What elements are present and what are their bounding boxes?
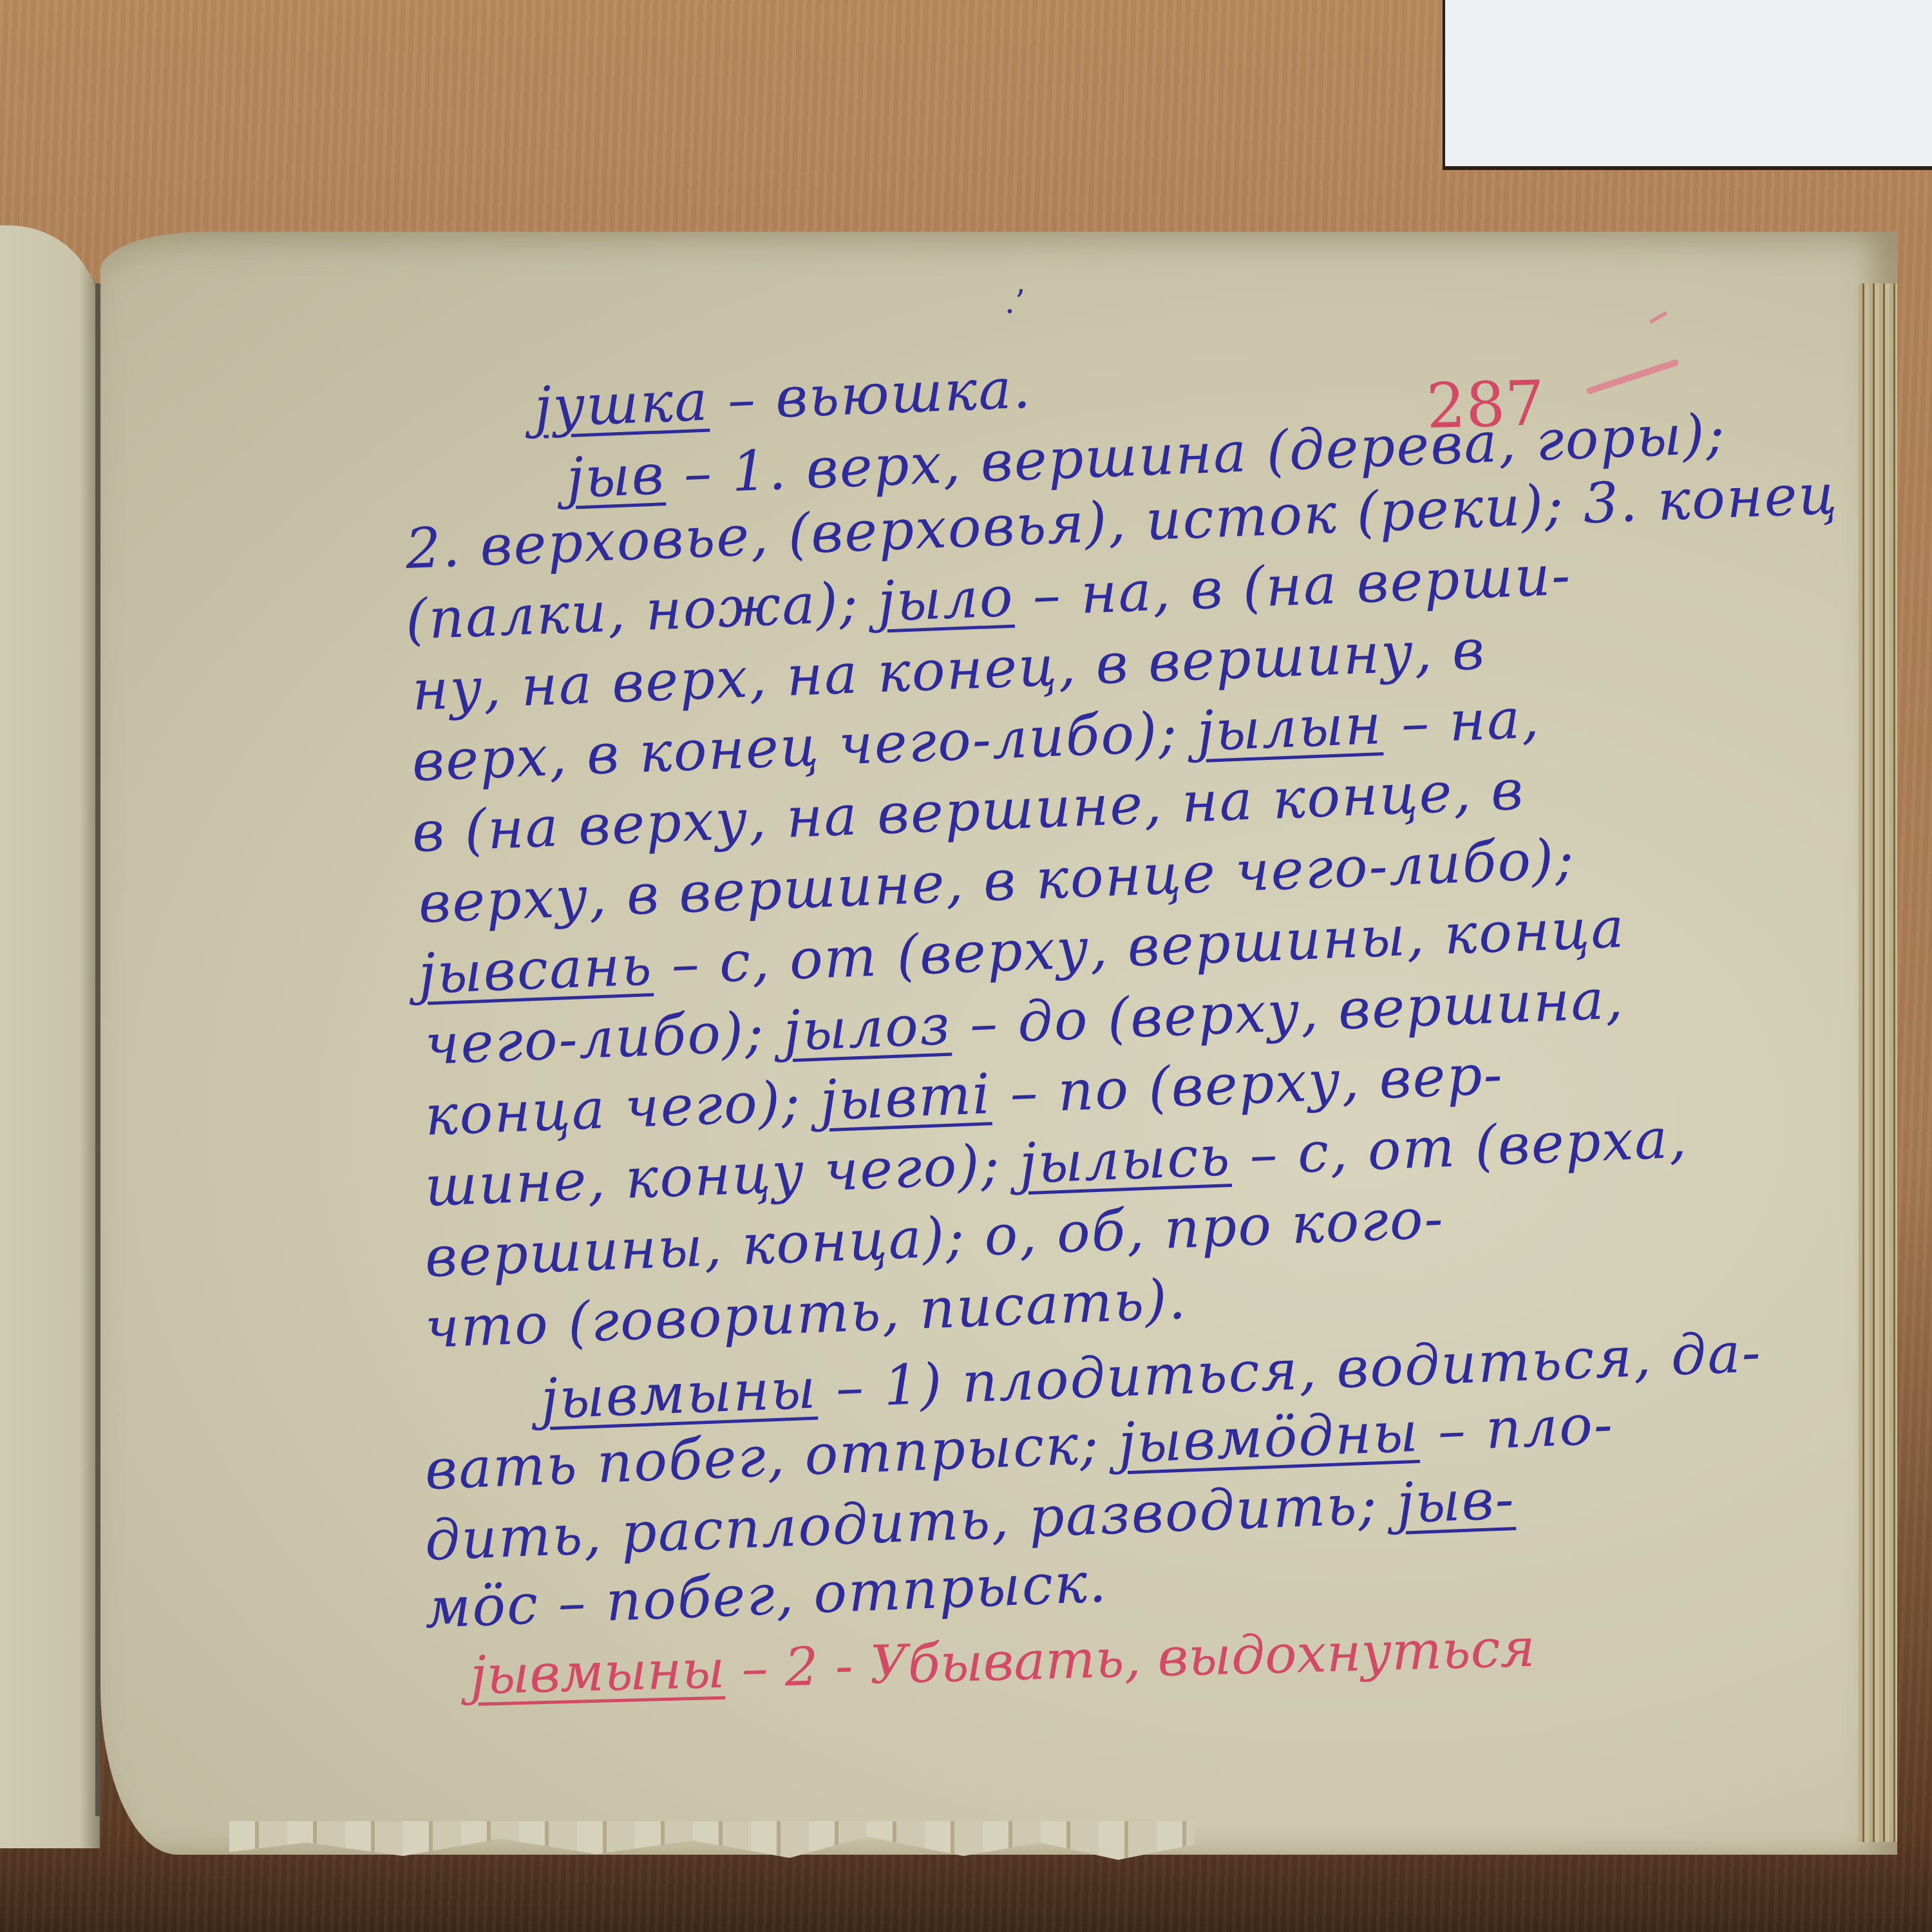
white-paper-sheet [1443,0,1932,170]
definition: – вьюшка. [726,356,1033,432]
subform: јылын [1196,692,1384,764]
definition: чего-либо); [424,1000,766,1077]
subform: јыв- [1396,1467,1517,1536]
headword: јывмыны [540,1357,818,1432]
top-ink-mark: .’ [1005,283,1025,321]
subform: јылоз [782,993,952,1064]
book-gutter [95,283,100,1816]
annotation-headword: јывмыны [469,1639,726,1707]
definition: – пло- [1437,1392,1615,1463]
subform: јывті [819,1062,992,1133]
subform: јылысь [1018,1124,1232,1197]
subform: јыло [876,565,1015,634]
headword: јыв [565,442,666,511]
subform: јывмöдны [1117,1400,1421,1476]
definition: – на, [1400,687,1541,756]
torn-bottom-edge [229,1821,1195,1860]
page-stack-edges [1859,283,1897,1842]
headword: јушка [533,369,710,440]
left-page-edge [0,225,100,1848]
subform: јывсань [417,933,654,1007]
